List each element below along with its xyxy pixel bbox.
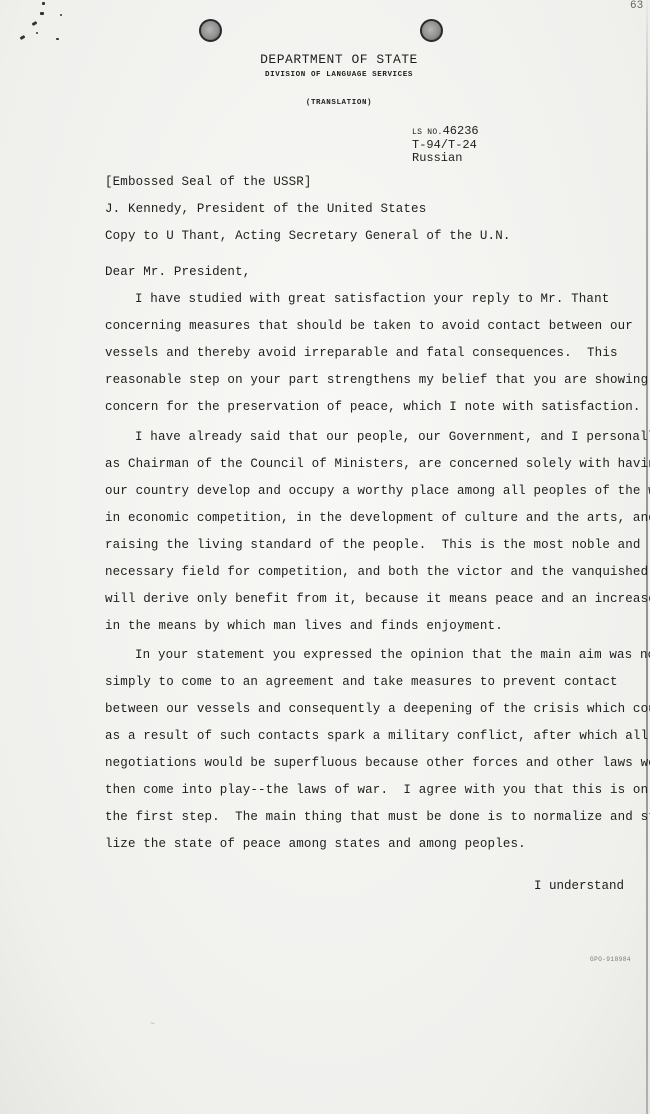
paragraph-2-line-6: necessary field for competition, and bot… [105, 565, 648, 579]
paragraph-3-line-8: lize the state of peace among states and… [105, 837, 526, 851]
salutation: Dear Mr. President, [105, 265, 250, 279]
paragraph-1-line-4: reasonable step on your part strengthens… [105, 373, 648, 387]
continuation-text: I understand [534, 879, 624, 893]
paragraph-2-line-5: raising the living standard of the peopl… [105, 538, 641, 552]
translation-label: (TRANSLATION) [14, 99, 650, 107]
ls-label: LS NO. [412, 128, 443, 137]
paragraph-1-line-5: concern for the preservation of peace, w… [105, 400, 641, 414]
paragraph-2-line-4: in economic competition, in the developm… [105, 511, 650, 525]
pencil-mark: ~ [150, 1020, 155, 1029]
paragraph-2-line-7: will derive only benefit from it, becaus… [105, 592, 650, 606]
paragraph-1-line-2: concerning measures that should be taken… [105, 319, 633, 333]
department-title: DEPARTMENT OF STATE [14, 52, 650, 67]
paragraph-3-line-3: between our vessels and consequently a d… [105, 702, 650, 716]
page-number: 63 [630, 0, 643, 12]
paragraph-2-line-3: our country develop and occupy a worthy … [105, 484, 650, 498]
addressee: J. Kennedy, President of the United Stat… [105, 202, 426, 216]
gpo-code: GPO-918984 [590, 956, 631, 963]
paragraph-3-line-2: simply to come to an agreement and take … [105, 675, 618, 689]
paragraph-3-line-1: In your statement you expressed the opin… [135, 648, 650, 662]
paragraph-3-line-5: negotiations would be superfluous becaus… [105, 756, 650, 770]
paragraph-3-line-6: then come into play--the laws of war. I … [105, 783, 650, 797]
ls-number-line: LS NO.46236 [412, 125, 479, 139]
document-page: 63 DEPARTMENT OF STATE DIVISION OF LANGU… [0, 0, 650, 1114]
punch-hole-center [420, 19, 443, 42]
page-edge-shadow [646, 0, 648, 1114]
punch-hole-left [199, 19, 222, 42]
ls-number: 46236 [443, 124, 479, 138]
paragraph-2-line-8: in the means by which man lives and find… [105, 619, 503, 633]
paragraph-1-line-3: vessels and thereby avoid irreparable an… [105, 346, 618, 360]
copy-to: Copy to U Thant, Acting Secretary Genera… [105, 229, 511, 243]
paragraph-2-line-1: I have already said that our people, our… [135, 430, 650, 444]
seal-note: [Embossed Seal of the USSR] [105, 175, 312, 189]
reference-block: LS NO.46236 T-94/T-24 Russian [412, 125, 479, 165]
paragraph-3-line-7: the first step. The main thing that must… [105, 810, 650, 824]
margin-specks [20, 2, 80, 42]
paragraph-2-line-2: as Chairman of the Council of Ministers,… [105, 457, 650, 471]
division-subtitle: DIVISION OF LANGUAGE SERVICES [14, 71, 650, 79]
paragraph-1-line-1: I have studied with great satisfaction y… [135, 292, 609, 306]
source-language: Russian [412, 152, 479, 165]
paragraph-3-line-4: as a result of such contacts spark a mil… [105, 729, 648, 743]
